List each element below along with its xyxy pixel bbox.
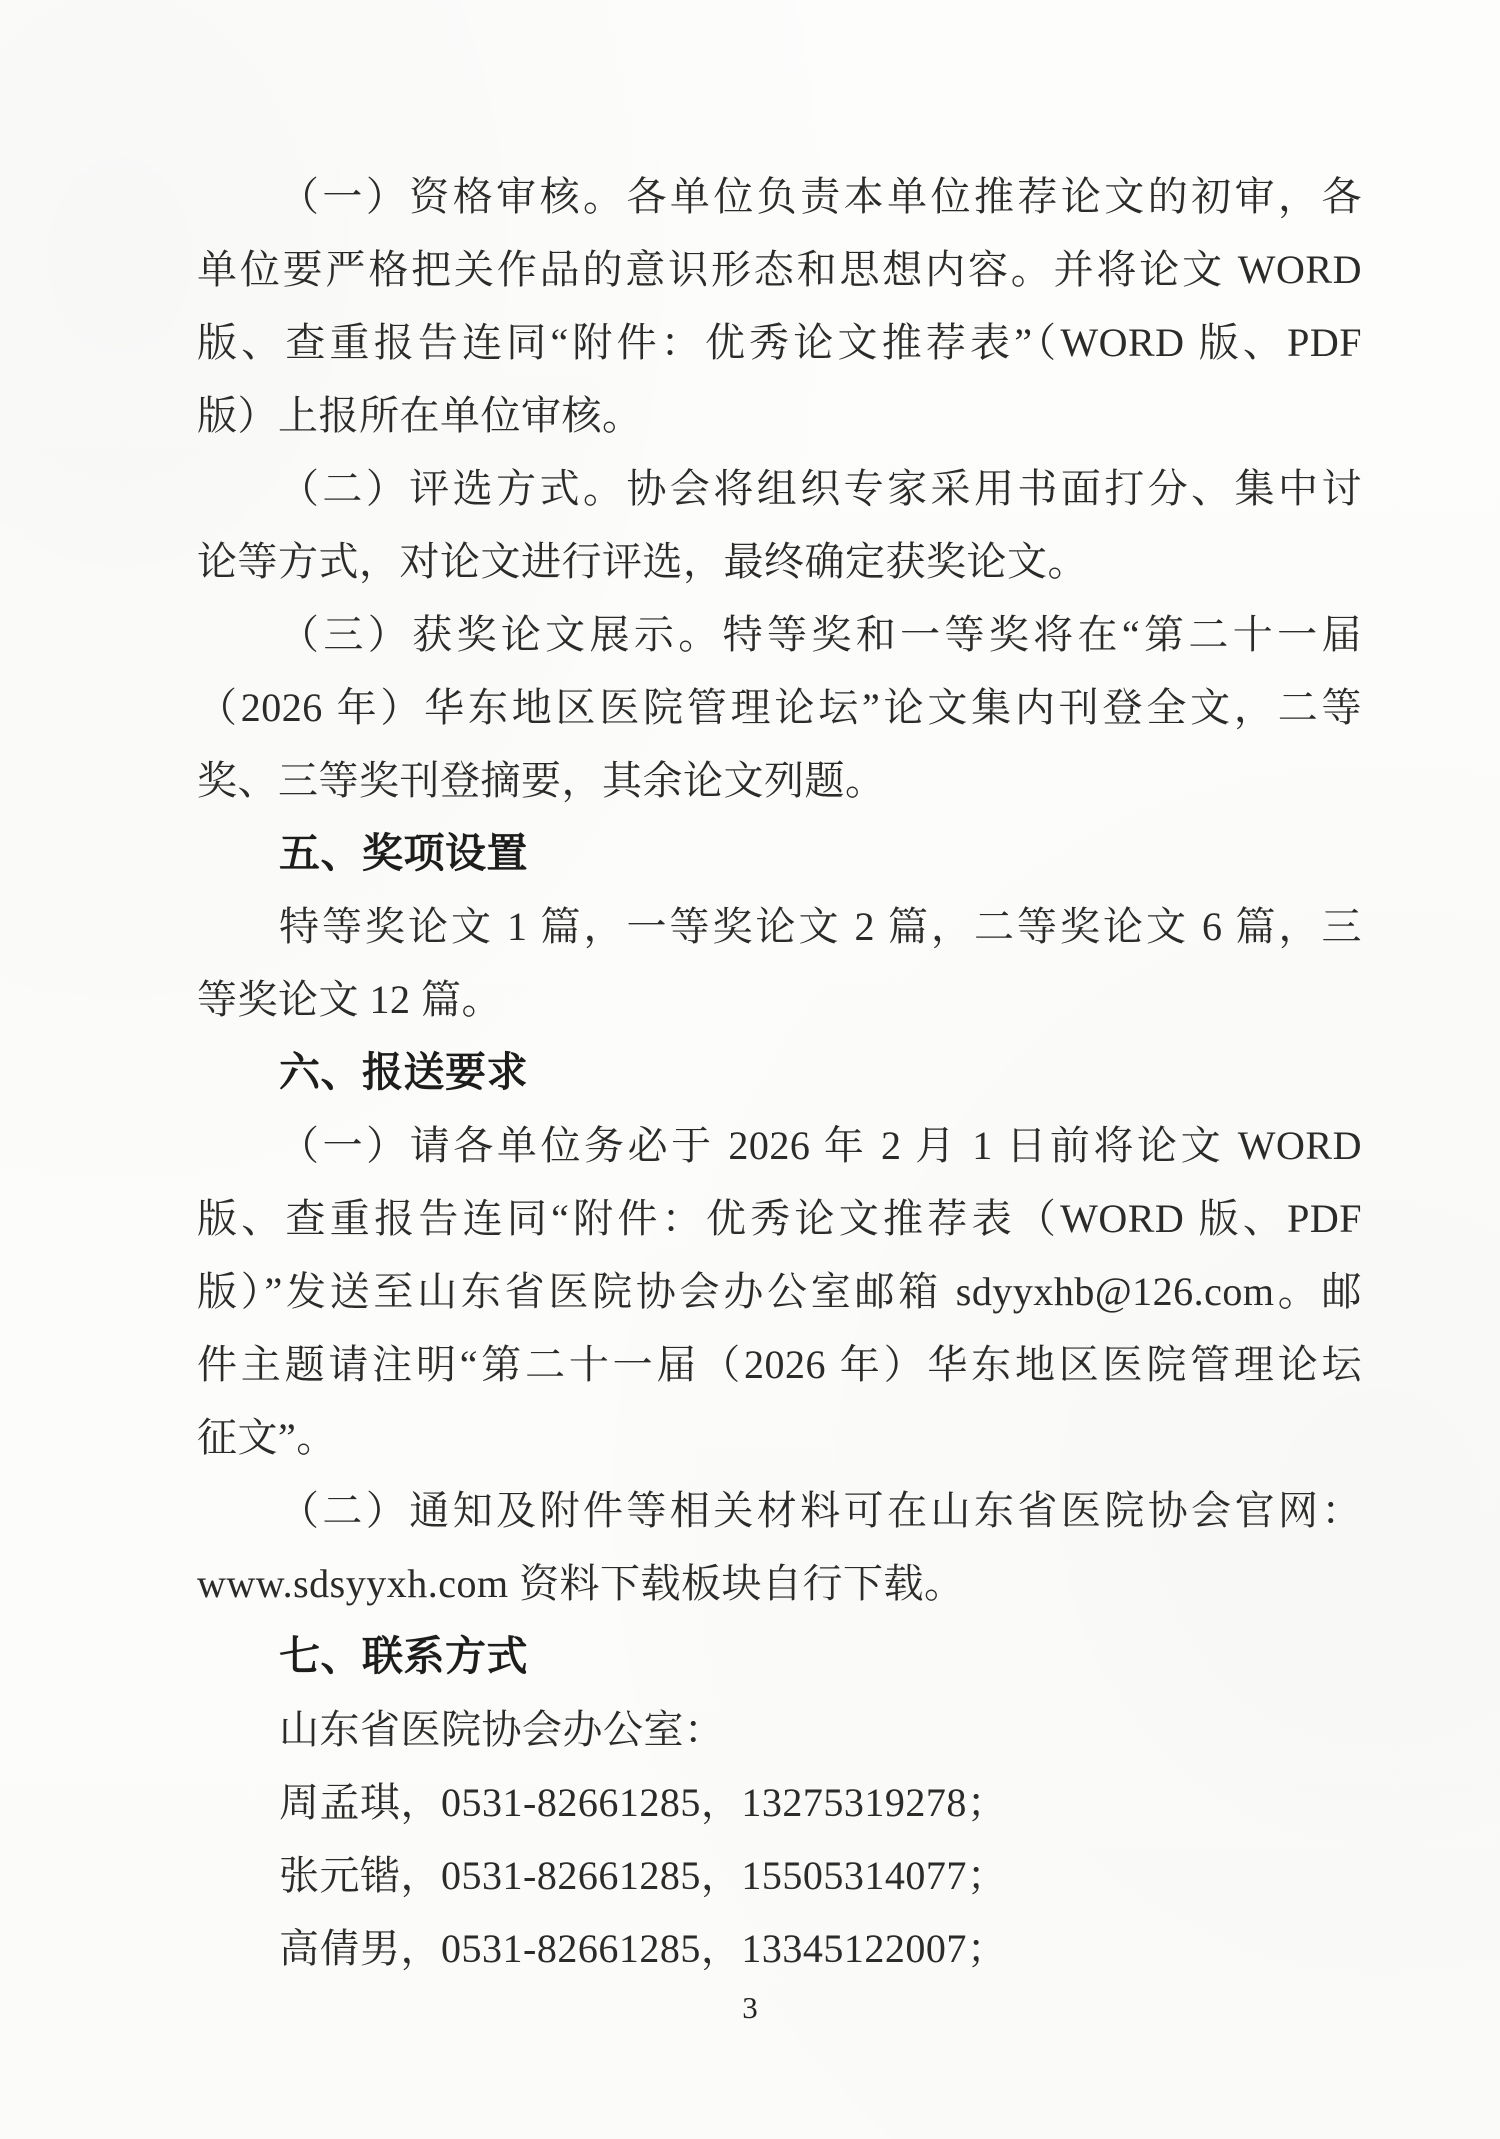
para-materials-download-line-1: （二）通知及附件等相关材料可在山东省医院协会官网：: [197, 1474, 1362, 1547]
para-submission-deadline-line-2: 版、查重报告连同“附件：优秀论文推荐表（WORD 版、PDF: [197, 1182, 1362, 1255]
heading-awards-setup: 五、奖项设置: [197, 817, 1362, 890]
para-awards-count-line-1: 特等奖论文 1 篇，一等奖论文 2 篇，二等奖论文 6 篇，三: [197, 890, 1362, 963]
document-body: （一）资格审核。各单位负责本单位推荐论文的初审，各 单位要严格把关作品的意识形态…: [197, 160, 1362, 1985]
para-award-display-line-1: （三）获奖论文展示。特等奖和一等奖将在“第二十一届: [197, 598, 1362, 671]
heading-contact-info: 七、联系方式: [197, 1620, 1362, 1693]
para-submission-deadline-line-3: 版）”发送至山东省医院协会办公室邮箱 sdyyxhb@126.com。邮: [197, 1255, 1362, 1328]
para-qualification-review-line-1: （一）资格审核。各单位负责本单位推荐论文的初审，各: [197, 160, 1362, 233]
contact-person-gao-qiannan: 高倩男，0531-82661285，13345122007；: [197, 1912, 1362, 1985]
para-selection-method-line-2: 论等方式，对论文进行评选，最终确定获奖论文。: [197, 525, 1362, 598]
heading-submission-requirements: 六、报送要求: [197, 1036, 1362, 1109]
contact-office-line: 山东省医院协会办公室：: [197, 1693, 1362, 1766]
para-award-display-line-3: 奖、三等奖刊登摘要，其余论文列题。: [197, 744, 1362, 817]
para-award-display-line-2: （2026 年）华东地区医院管理论坛”论文集内刊登全文，二等: [197, 671, 1362, 744]
contact-person-zhang-yuankai: 张元锴，0531-82661285，15505314077；: [197, 1839, 1362, 1912]
page-number: 3: [0, 1988, 1500, 2028]
para-submission-deadline-line-5: 征文”。: [197, 1401, 1362, 1474]
para-qualification-review-line-2: 单位要严格把关作品的意识形态和思想内容。并将论文 WORD: [197, 233, 1362, 306]
contact-person-zhou-mengqi: 周孟琪，0531-82661285，13275319278；: [197, 1766, 1362, 1839]
para-selection-method-line-1: （二）评选方式。协会将组织专家采用书面打分、集中讨: [197, 452, 1362, 525]
document-page: （一）资格审核。各单位负责本单位推荐论文的初审，各 单位要严格把关作品的意识形态…: [0, 0, 1500, 2139]
para-submission-deadline-line-4: 件主题请注明“第二十一届（2026 年）华东地区医院管理论坛: [197, 1328, 1362, 1401]
para-qualification-review-line-3: 版、查重报告连同“附件：优秀论文推荐表”（WORD 版、PDF: [197, 306, 1362, 379]
para-materials-download-line-2: www.sdsyyxh.com 资料下载板块自行下载。: [197, 1547, 1362, 1620]
para-awards-count-line-2: 等奖论文 12 篇。: [197, 963, 1362, 1036]
para-qualification-review-line-4: 版）上报所在单位审核。: [197, 379, 1362, 452]
para-submission-deadline-line-1: （一）请各单位务必于 2026 年 2 月 1 日前将论文 WORD: [197, 1109, 1362, 1182]
